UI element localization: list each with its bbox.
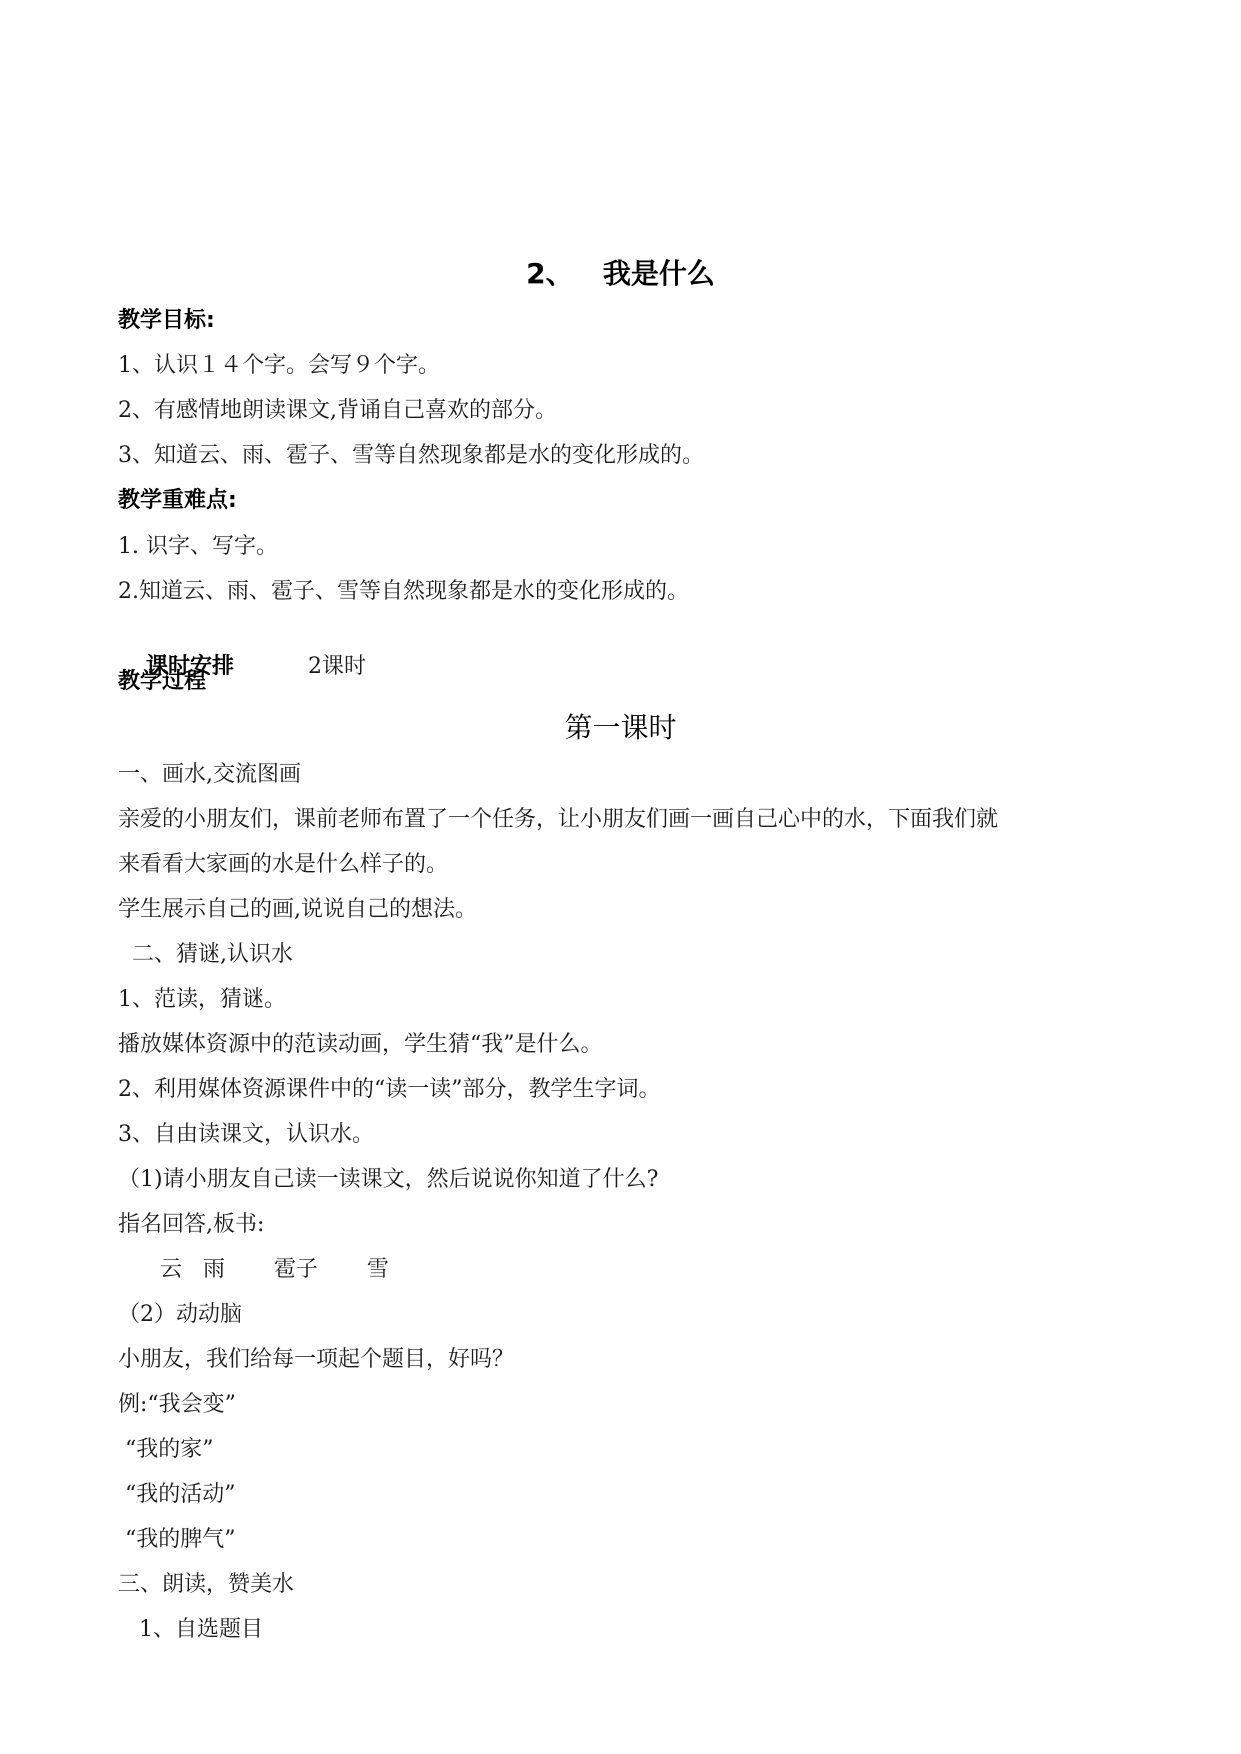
page-title: 2、 我是什么 xyxy=(0,256,1241,292)
paragraph-line: 学生展示自己的画,说说自己的想法。 xyxy=(118,895,477,925)
paragraph-line: “我的脾气” xyxy=(118,1525,236,1555)
paragraph-line: （1)请小朋友自己读一读课文，然后说说你知道了什么? xyxy=(118,1165,658,1195)
section-heading: 三、朗读，赞美水 xyxy=(118,1570,294,1600)
key-point-item: 2.知道云、雨、雹子、雪等自然现象都是水的变化形成的。 xyxy=(118,577,689,607)
objective-item: 3、知道云、雨、雹子、雪等自然现象都是水的变化形成的。 xyxy=(118,441,704,471)
blackboard-words: 云 雨 雹子 雪 xyxy=(118,1255,389,1285)
paragraph-line: 2、利用媒体资源课件中的“读一读”部分，教学生字词。 xyxy=(118,1075,661,1105)
paragraph-line: 小朋友，我们给每一项起个题目，好吗？ xyxy=(118,1345,514,1375)
objective-item: 2、有感情地朗读课文,背诵自己喜欢的部分。 xyxy=(118,396,557,426)
section-heading: 二、猜谜,认识水 xyxy=(118,940,293,970)
lesson-title: 第一课时 xyxy=(0,710,1241,746)
document-page: 2、 我是什么 教学目标: 1、认识１４个字。会写９个字。 2、有感情地朗读课文… xyxy=(0,0,1241,1754)
paragraph-line: 指名回答,板书: xyxy=(118,1210,264,1240)
paragraph-line: 播放媒体资源中的范读动画，学生猜“我”是什么。 xyxy=(118,1030,603,1060)
paragraph-line: 1、范读，猜谜。 xyxy=(118,985,286,1015)
paragraph-line: “我的家” xyxy=(118,1435,214,1465)
key-points-heading: 教学重难点: xyxy=(118,486,237,516)
section-heading: 一、画水,交流图画 xyxy=(118,760,301,790)
key-point-item: 1. 识字、写字。 xyxy=(118,532,278,562)
paragraph-line: “我的活动” xyxy=(118,1480,236,1510)
schedule-value: 2课时 xyxy=(308,654,366,679)
paragraph-line: 亲爱的小朋友们，课前老师布置了一个任务，让小朋友们画一画自己心中的水，下面我们就 xyxy=(118,805,998,835)
paragraph-line: 来看看大家画的水是什么样子的。 xyxy=(118,850,448,880)
paragraph-line: 例:“我会变” xyxy=(118,1390,236,1420)
paragraph-line: （2）动动脑 xyxy=(118,1300,242,1330)
objectives-heading: 教学目标: xyxy=(118,306,215,336)
objective-item: 1、认识１４个字。会写９个字。 xyxy=(118,351,440,381)
paragraph-line: 1、自选题目 xyxy=(118,1615,263,1645)
process-heading: 教学过程 xyxy=(118,667,206,697)
paragraph-line: 3、自由读课文，认识水。 xyxy=(118,1120,374,1150)
